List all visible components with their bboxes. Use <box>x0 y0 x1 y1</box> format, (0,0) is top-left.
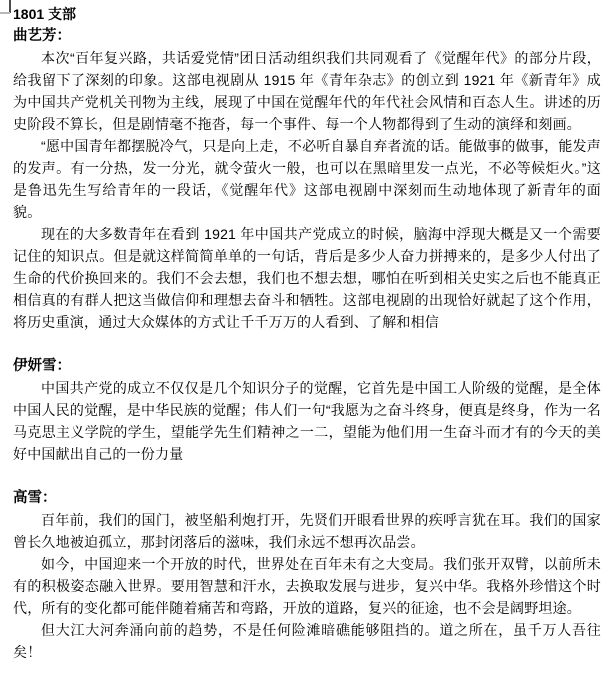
paragraph: 但大江大河奔涌向前的趋势，不是任何险滩暗礁能够阻挡的。道之所在，虽千万人吾往矣！ <box>13 619 601 663</box>
table-corner-fragment <box>0 0 14 16</box>
paragraph: 如今，中国迎来一个开放的时代，世界处在百年未有之大变局。我们张开双臂，以前所未有… <box>13 553 601 619</box>
paragraph: 中国共产党的成立不仅仅是几个知识分子的觉醒，它首先是中国工人阶级的觉醒，是全体中… <box>13 377 601 465</box>
paragraph: 百年前，我们的国门，被坚船利炮打开，先贤们开眼看世界的疾呼言犹在耳。我们的国家曾… <box>13 509 601 553</box>
speaker-name-3: 高雪： <box>13 487 601 509</box>
document-page: 1801 支部 曲艺芳： 本次“百年复兴路，共话爱党情”团日活动组织我们共同观看… <box>0 0 612 694</box>
speaker-name-2: 伊妍雪： <box>13 355 601 377</box>
page-title: 1801 支部 <box>13 3 601 25</box>
paragraph: 现在的大多数青年在看到 1921 年中国共产党成立的时候，脑海中浮现大概是又一个… <box>13 223 601 333</box>
speaker-name-1: 曲艺芳： <box>13 25 601 47</box>
document-body: 1801 支部 曲艺芳： 本次“百年复兴路，共话爱党情”团日活动组织我们共同观看… <box>13 3 601 663</box>
paragraph: 本次“百年复兴路，共话爱党情”团日活动组织我们共同观看了《觉醒年代》的部分片段，… <box>13 47 601 135</box>
corner-horizontal-line <box>0 12 10 14</box>
paragraph: “愿中国青年都摆脱冷气，只是向上走，不必听自暴自弃者流的话。能做事的做事，能发声… <box>13 135 601 223</box>
